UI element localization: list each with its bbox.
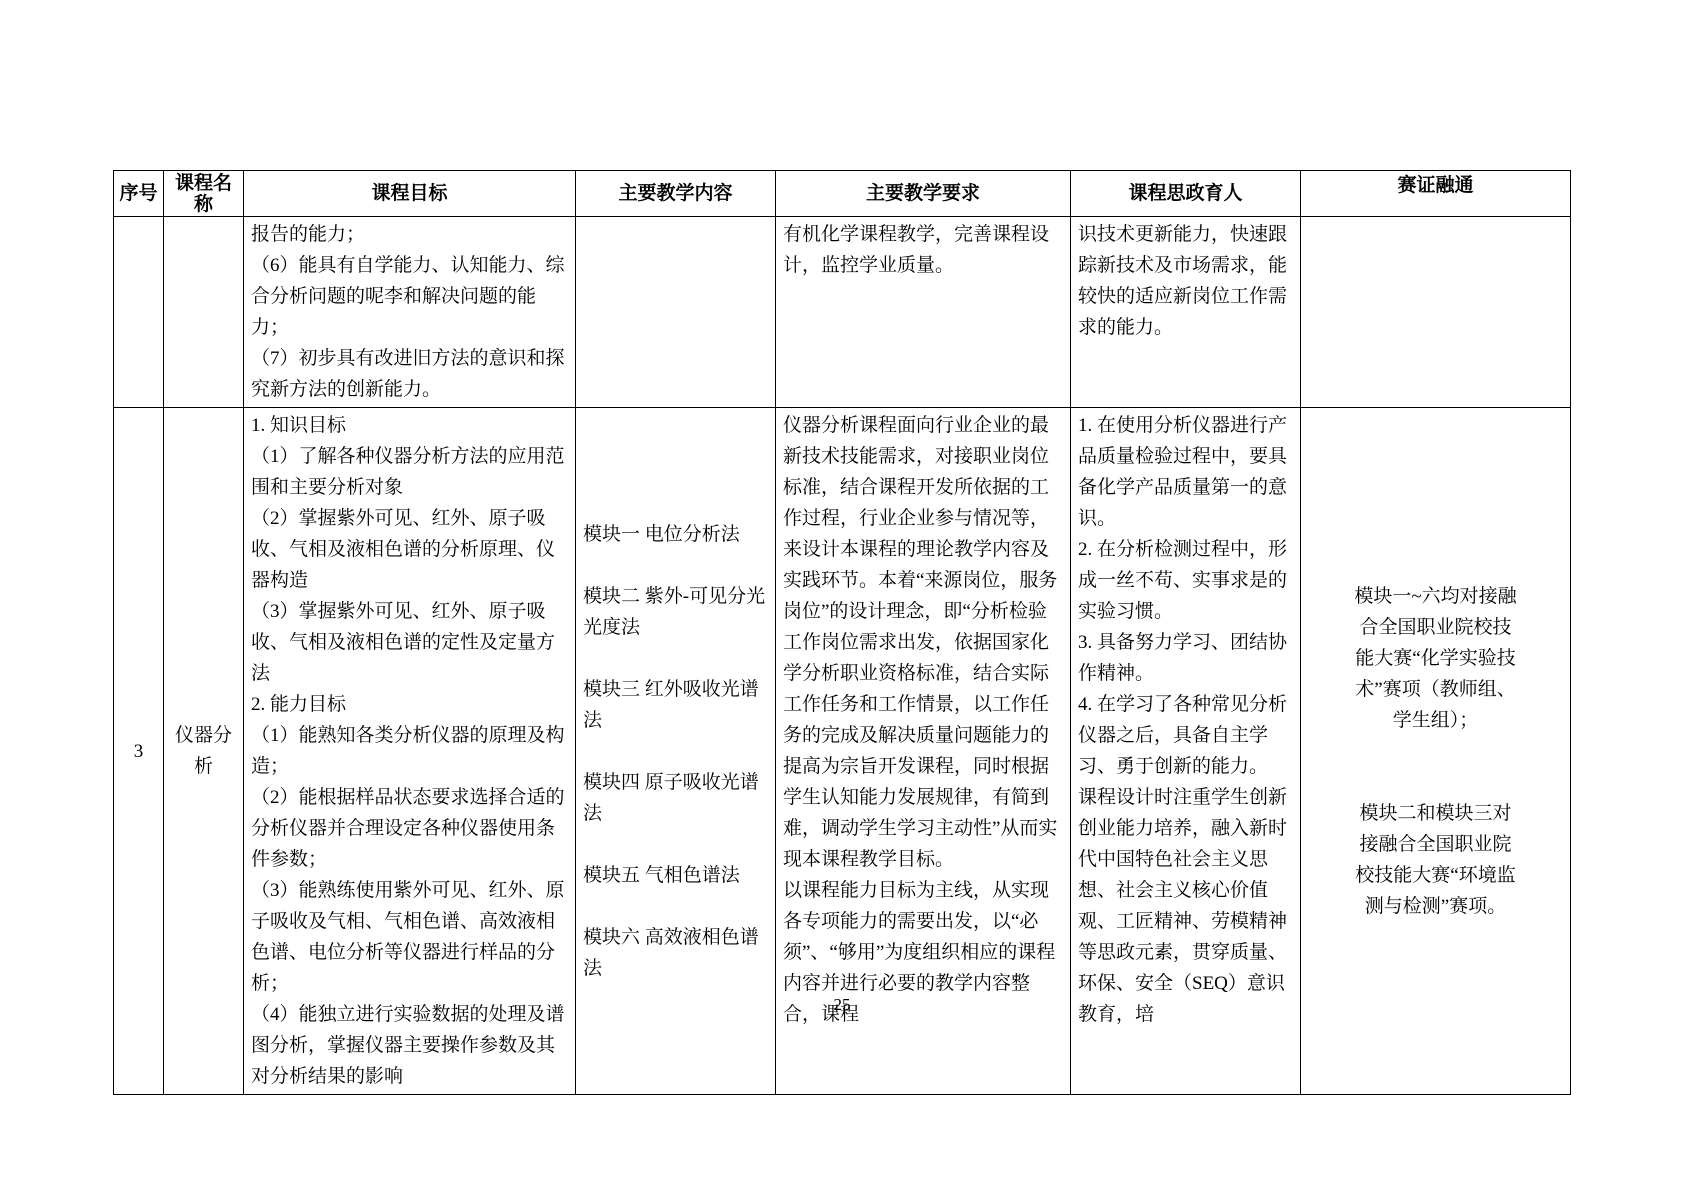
module-item: 模块四 原子吸收光谱法	[583, 767, 768, 829]
module-item: 模块一 电位分析法	[583, 519, 768, 550]
paragraph: （2）掌握紫外可见、红外、原子吸收、气相及液相色谱的分析原理、仪器构造	[251, 503, 568, 596]
paragraph: （6）能具有自学能力、认知能力、综合分析问题的呢李和解决问题的能力；	[251, 250, 568, 343]
paragraph: 1. 在使用分析仪器进行产品质量检验过程中，要具备化学产品质量第一的意识。	[1078, 410, 1293, 534]
cell-prev-ideology: 识技术更新能力，快速跟踪新技术及市场需求，能较快的适应新岗位工作需求的能力。	[1071, 217, 1301, 408]
paragraph: 模块二和模块三对接融合全国职业院校技能大赛“环境监测与检测”赛项。	[1354, 798, 1518, 922]
header-row: 序号 课程名称 课程目标 主要教学内容 主要教学要求 课程思政育人 赛证融通	[114, 171, 1571, 217]
paragraph: 1. 知识目标	[251, 410, 568, 441]
cell-prev-content	[576, 217, 776, 408]
cell-row3-objectives: 1. 知识目标 （1）了解各种仪器分析方法的应用范围和主要分析对象 （2）掌握紫…	[244, 408, 576, 1095]
col-header-content: 主要教学内容	[576, 171, 776, 217]
table-row-3: 3 仪器分析 1. 知识目标 （1）了解各种仪器分析方法的应用范围和主要分析对象…	[114, 408, 1571, 1095]
col-header-course-name: 课程名称	[164, 171, 244, 217]
course-table: 序号 课程名称 课程目标 主要教学内容 主要教学要求 课程思政育人 赛证融通 报…	[113, 170, 1571, 1095]
paragraph: 仪器分析课程面向行业企业的最新技术技能需求，对接职业岗位标准，结合课程开发所依据…	[783, 410, 1063, 875]
cell-row3-competition: 模块一~六均对接融合全国职业院校技能大赛“化学实验技术”赛项（教师组、学生组）；…	[1301, 408, 1571, 1095]
paragraph: 报告的能力；	[251, 219, 568, 250]
paragraph: （2）能根据样品状态要求选择合适的分析仪器并合理设定各种仪器使用条件参数；	[251, 782, 568, 875]
paragraph: 有机化学课程教学，完善课程设计，监控学业质量。	[783, 219, 1063, 281]
module-item: 模块六 高效液相色谱法	[583, 922, 768, 984]
paragraph: 4. 在学习了各种常见分析仪器之后，具备自主学习、勇于创新的能力。	[1078, 689, 1293, 782]
paragraph: （1）了解各种仪器分析方法的应用范围和主要分析对象	[251, 441, 568, 503]
paragraph: 3. 具备努力学习、团结协作精神。	[1078, 627, 1293, 689]
col-header-competition: 赛证融通	[1301, 171, 1571, 217]
page-number: 25	[0, 995, 1684, 1015]
cell-row3-requirements: 仪器分析课程面向行业企业的最新技术技能需求，对接职业岗位标准，结合课程开发所依据…	[776, 408, 1071, 1095]
cell-prev-competition	[1301, 217, 1571, 408]
cell-prev-objectives: 报告的能力； （6）能具有自学能力、认知能力、综合分析问题的呢李和解决问题的能力…	[244, 217, 576, 408]
cell-prev-requirements: 有机化学课程教学，完善课程设计，监控学业质量。	[776, 217, 1071, 408]
module-item: 模块三 红外吸收光谱法	[583, 674, 768, 736]
col-header-objectives: 课程目标	[244, 171, 576, 217]
paragraph: 课程设计时注重学生创新创业能力培养，融入新时代中国特色社会主义思想、社会主义核心…	[1078, 782, 1293, 1030]
cell-prev-course-name	[164, 217, 244, 408]
cell-row3-content: 模块一 电位分析法 模块二 紫外-可见分光光度法 模块三 红外吸收光谱法 模块四…	[576, 408, 776, 1095]
paragraph: 模块一~六均对接融合全国职业院校技能大赛“化学实验技术”赛项（教师组、学生组）；	[1354, 581, 1518, 736]
cell-row3-ideology: 1. 在使用分析仪器进行产品质量检验过程中，要具备化学产品质量第一的意识。 2.…	[1071, 408, 1301, 1095]
table-row-previous-continuation: 报告的能力； （6）能具有自学能力、认知能力、综合分析问题的呢李和解决问题的能力…	[114, 217, 1571, 408]
paragraph: （1）能熟知各类分析仪器的原理及构造；	[251, 720, 568, 782]
paragraph: （7）初步具有改进旧方法的意识和探究新方法的创新能力。	[251, 343, 568, 405]
module-item: 模块二 紫外-可见分光光度法	[583, 581, 768, 643]
col-header-seq: 序号	[114, 171, 164, 217]
cell-prev-seq	[114, 217, 164, 408]
paragraph: 2. 能力目标	[251, 689, 568, 720]
paragraph: 2. 在分析检测过程中，形成一丝不苟、实事求是的实验习惯。	[1078, 534, 1293, 627]
cell-row3-seq: 3	[114, 408, 164, 1095]
col-header-ideology: 课程思政育人	[1071, 171, 1301, 217]
paragraph: （3）能熟练使用紫外可见、红外、原子吸收及气相、气相色谱、高效液相色谱、电位分析…	[251, 875, 568, 999]
module-item: 模块五 气相色谱法	[583, 860, 768, 891]
document-page: 序号 课程名称 课程目标 主要教学内容 主要教学要求 课程思政育人 赛证融通 报…	[0, 0, 1684, 1191]
col-header-requirements: 主要教学要求	[776, 171, 1071, 217]
cell-row3-course-name: 仪器分析	[164, 408, 244, 1095]
paragraph: （3）掌握紫外可见、红外、原子吸收、气相及液相色谱的定性及定量方法	[251, 596, 568, 689]
paragraph: 识技术更新能力，快速跟踪新技术及市场需求，能较快的适应新岗位工作需求的能力。	[1078, 219, 1293, 343]
